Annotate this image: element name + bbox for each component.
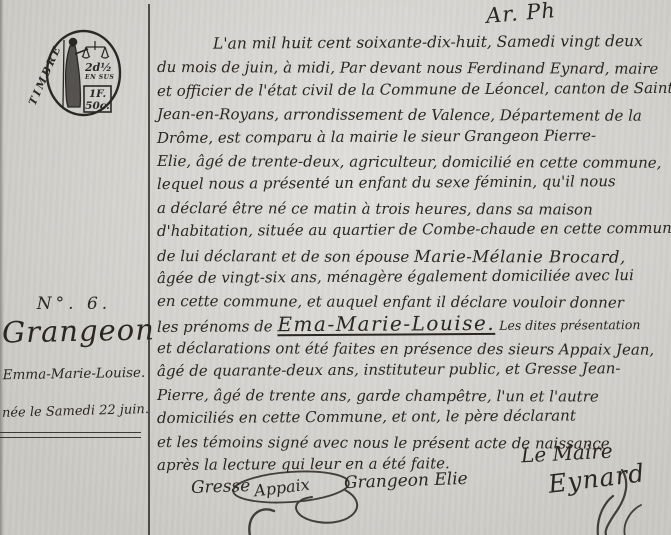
civil-registry-act-page: TIMBRE 2d½ EN SUS 1F. 50c. N°. 6. Grang <box>0 0 671 535</box>
act-line-text: a déclaré être né ce matin à trois heure… <box>157 199 593 219</box>
act-line-text: Ema-Marie-Louise. <box>277 311 495 336</box>
stamp-value-francs: 1F. <box>89 88 106 100</box>
act-line: les prénoms de Ema-Marie-Louise. Les dit… <box>157 311 669 338</box>
act-line: et officier de l'état civil de la Commun… <box>157 77 669 104</box>
stamp-surtax-value: 2d½ <box>84 61 112 74</box>
margin-surname: Grangeon <box>2 312 147 349</box>
margin-given-names: Emma-Marie-Louise. <box>2 365 146 384</box>
act-line-text: les prénoms de <box>157 317 278 336</box>
act-line: Drôme, est comparu à la mairie le sieur … <box>157 123 669 150</box>
act-line-text: Drôme, est comparu à la mairie le sieur … <box>157 126 596 147</box>
margin-end-rule <box>0 432 141 438</box>
signature-witness-gresse: Gresse <box>191 476 251 498</box>
act-line-text: Marie-Mélanie Brocard, <box>414 246 626 266</box>
margin-birth-note: née le Samedi 22 juin. <box>2 402 146 421</box>
fiscal-stamp: TIMBRE 2d½ EN SUS 1F. 50c. <box>28 28 130 120</box>
act-line-text: âgé de quarante-deux ans, instituteur pu… <box>157 360 621 381</box>
act-line: lequel nous a présenté un enfant du sexe… <box>157 170 669 197</box>
act-line: domiciliés en cette Commune, et ont, le … <box>157 404 669 431</box>
act-line-text: d'habitation, située au quartier de Comb… <box>157 219 671 240</box>
act-line-text: L'an mil huit cent soixante-dix-huit, Sa… <box>213 32 643 53</box>
act-line-text: et déclarations ont été faites en présen… <box>157 339 654 359</box>
act-line-text: domiciliés en cette Commune, et ont, le … <box>157 407 576 428</box>
act-line-text: Pierre, âgé de trente ans, garde champêt… <box>157 386 599 406</box>
act-line: âgé de quarante-deux ans, instituteur pu… <box>157 357 669 384</box>
act-line: L'an mil huit cent soixante-dix-huit, Sa… <box>157 30 669 57</box>
signature-witness-appaix: Appaix <box>253 475 311 501</box>
fiscal-stamp-graphic: TIMBRE 2d½ EN SUS 1F. 50c. <box>28 28 130 120</box>
stamp-ring-text: TIMBRE <box>28 43 64 107</box>
signature-father: Grangeon Elie <box>344 469 468 493</box>
act-line: d'habitation, située au quartier de Comb… <box>157 217 669 244</box>
act-line-text: et officier de l'état civil de la Commun… <box>157 79 671 100</box>
act-line-text: du mois de juin, à midi, Par devant nous… <box>157 58 658 78</box>
act-line: âgée de vingt-six ans, ménagère égalemen… <box>157 264 669 291</box>
act-line-text: Les dites présentation <box>495 317 640 333</box>
act-line-text: lequel nous a présenté un enfant du sexe… <box>157 173 616 194</box>
act-line-text: Elie, âgé de trente-deux, agriculteur, d… <box>157 152 662 172</box>
act-line-text: en cette commune, et auquel enfant il dé… <box>157 292 624 312</box>
stamp-surtax-label: EN SUS <box>84 74 114 81</box>
page-left-edge-shadow <box>0 0 4 535</box>
margin-divider-rule <box>148 4 150 535</box>
act-line-text: de lui déclarant et de son épouse <box>157 247 414 266</box>
registrar-paraph: Ar. Ph <box>485 0 557 28</box>
act-line-text: Jean-en-Royans, arrondissement de Valenc… <box>157 105 642 125</box>
stamp-value-centimes: 50c. <box>85 100 110 112</box>
act-line-text: âgée de vingt-six ans, ménagère égalemen… <box>157 266 634 287</box>
act-body: L'an mil huit cent soixante-dix-huit, Sa… <box>157 33 669 477</box>
act-number: N°. 6. <box>2 294 146 314</box>
